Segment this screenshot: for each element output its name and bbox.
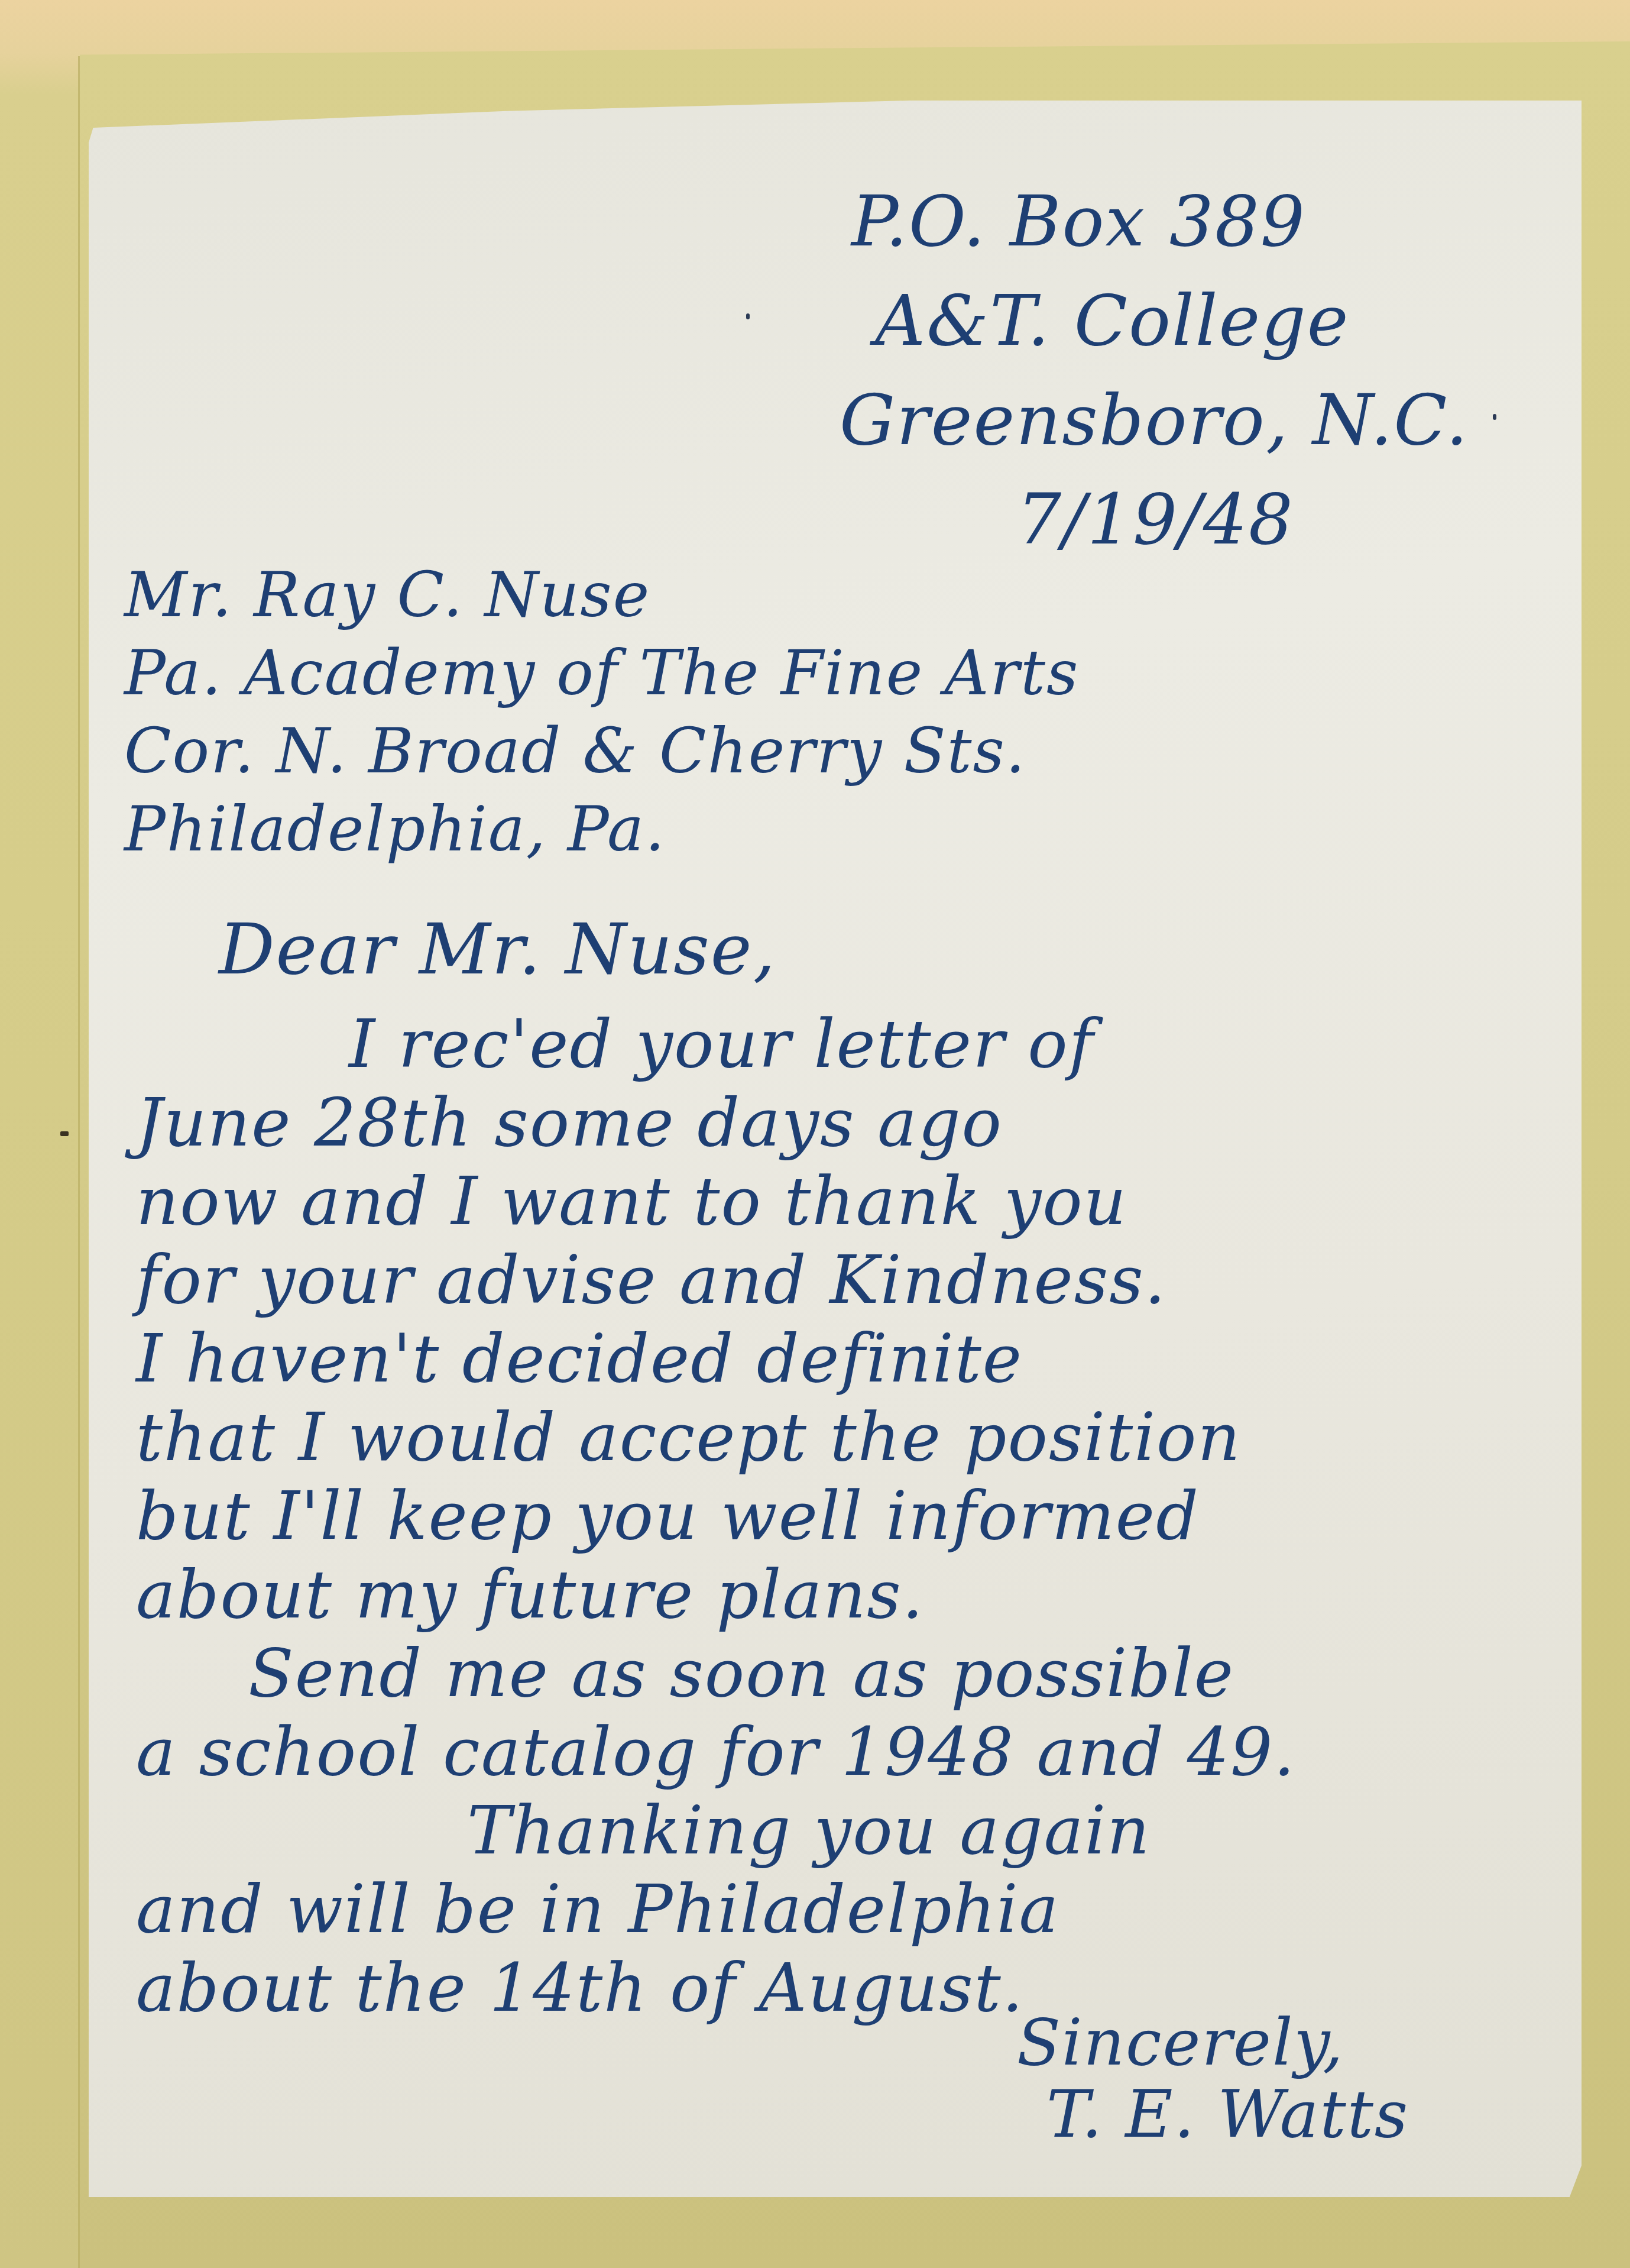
body-line: Send me as soon as possible [248,1635,1296,1713]
body-line: but I'll keep you well informed [136,1477,1296,1556]
return-address: P.O. Box 389 A&T. College Greensboro, N.… [840,172,1469,569]
recipient-name: Mr. Ray C. Nuse [124,556,1079,634]
recipient-institution: Pa. Academy of The Fine Arts [124,634,1079,712]
body-line: June 28th some days ago [136,1084,1296,1163]
body-line: I haven't decided definite [136,1320,1296,1399]
return-address-po-box: P.O. Box 389 [851,172,1469,271]
body-line: Thanking you again [467,1792,1296,1871]
body-line: and will be in Philadelphia [136,1871,1296,1949]
body-line: I rec'ed your letter of [349,1005,1296,1084]
folder-crease [78,56,80,2268]
body-line: now and I want to thank you [136,1163,1296,1241]
recipient-city: Philadelphia, Pa. [124,790,1079,868]
recipient-address: Mr. Ray C. Nuse Pa. Academy of The Fine … [124,556,1079,868]
body-line: about my future plans. [136,1556,1296,1635]
body-line: for your advise and Kindness. [136,1241,1296,1320]
folder-mark [60,1131,69,1136]
salutation: Dear Mr. Nuse, [219,905,776,994]
return-address-city: Greensboro, N.C. [840,370,1469,470]
closing: Sincerely, [1017,2005,1344,2082]
letter-date: 7/19/48 [1017,470,1469,569]
signature: T. E. Watts [1046,2076,1409,2153]
ink-dot [1493,414,1496,420]
return-address-college: A&T. College [875,271,1469,370]
recipient-street: Cor. N. Broad & Cherry Sts. [124,712,1079,790]
body-line: a school catalog for 1948 and 49. [136,1713,1296,1792]
body-line: that I would accept the position [136,1399,1296,1477]
ink-dot [746,313,750,319]
letter-body: I rec'ed your letter of June 28th some d… [136,1005,1296,2028]
